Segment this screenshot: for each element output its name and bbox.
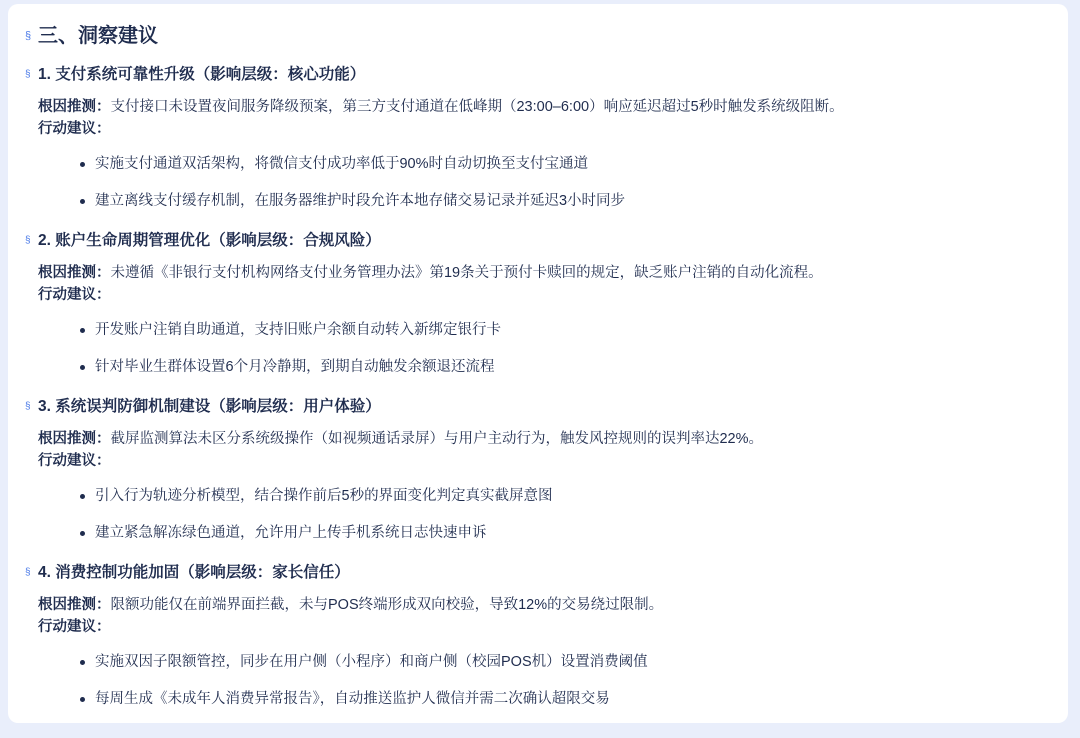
action-item: 针对毕业生群体设置6个月冷静期，到期自动触发余额退还流程	[80, 357, 1036, 378]
action-item: 实施双因子限额管控，同步在用户侧（小程序）和商户侧（校园POS机）设置消费阈值	[80, 652, 1036, 673]
root-cause-text: 截屏监测算法未区分系统级操作（如视频通话录屏）与用户主动行为，触发风控规则的误判…	[111, 431, 764, 447]
page-title-text: 三、洞察建议	[38, 25, 158, 47]
action-label: 行动建议：	[38, 121, 111, 137]
action-label: 行动建议：	[38, 287, 111, 303]
section-anchor-icon[interactable]: §	[25, 70, 31, 80]
section-anchor-icon[interactable]: §	[25, 236, 31, 246]
root-cause-text: 支付接口未设置夜间服务降级预案，第三方支付通道在低峰期（23:00–6:00）响…	[111, 99, 844, 115]
action-item: 引入行为轨迹分析模型，结合操作前后5秒的界面变化判定真实截屏意图	[80, 486, 1036, 507]
section-paragraph: 根因推测：支付接口未设置夜间服务降级预案，第三方支付通道在低峰期（23:00–6…	[38, 96, 1036, 140]
section-anchor-icon[interactable]: §	[25, 402, 31, 412]
action-list: 实施双因子限额管控，同步在用户侧（小程序）和商户侧（校园POS机）设置消费阈值 …	[38, 652, 1036, 710]
root-cause-label: 根因推测：	[38, 597, 111, 613]
section-heading: § 2. 账户生命周期管理优化（影响层级：合规风险）	[38, 230, 1036, 252]
action-list: 开发账户注销自助通道，支持旧账户余额自动转入新绑定银行卡 针对毕业生群体设置6个…	[38, 320, 1036, 378]
section-anchor-icon[interactable]: §	[25, 31, 31, 41]
insight-section-2: § 2. 账户生命周期管理优化（影响层级：合规风险） 根因推测：未遵循《非银行支…	[38, 230, 1036, 378]
section-heading: § 1. 支付系统可靠性升级（影响层级：核心功能）	[38, 64, 1036, 86]
action-item: 建立紧急解冻绿色通道，允许用户上传手机系统日志快速申诉	[80, 523, 1036, 544]
root-cause-text: 未遵循《非银行支付机构网络支付业务管理办法》第19条关于预付卡赎回的规定，缺乏账…	[111, 265, 823, 281]
action-item: 建立离线支付缓存机制，在服务器维护时段允许本地存储交易记录并延迟3小时同步	[80, 191, 1036, 212]
insight-section-4: § 4. 消费控制功能加固（影响层级：家长信任） 根因推测：限额功能仅在前端界面…	[38, 562, 1036, 710]
action-label: 行动建议：	[38, 619, 111, 635]
page-title: § 三、洞察建议	[38, 22, 1036, 50]
section-heading: § 3. 系统误判防御机制建设（影响层级：用户体验）	[38, 396, 1036, 418]
action-label: 行动建议：	[38, 453, 111, 469]
root-cause-label: 根因推测：	[38, 431, 111, 447]
document-card: § 三、洞察建议 § 1. 支付系统可靠性升级（影响层级：核心功能） 根因推测：…	[8, 4, 1068, 723]
section-paragraph: 根因推测：截屏监测算法未区分系统级操作（如视频通话录屏）与用户主动行为，触发风控…	[38, 428, 1036, 472]
section-heading-text: 4. 消费控制功能加固（影响层级：家长信任）	[38, 564, 350, 581]
root-cause-label: 根因推测：	[38, 99, 111, 115]
section-heading-text: 3. 系统误判防御机制建设（影响层级：用户体验）	[38, 398, 381, 415]
action-list: 实施支付通道双活架构，将微信支付成功率低于90%时自动切换至支付宝通道 建立离线…	[38, 154, 1036, 212]
section-paragraph: 根因推测：限额功能仅在前端界面拦截，未与POS终端形成双向校验，导致12%的交易…	[38, 594, 1036, 638]
insight-section-3: § 3. 系统误判防御机制建设（影响层级：用户体验） 根因推测：截屏监测算法未区…	[38, 396, 1036, 544]
section-heading-text: 2. 账户生命周期管理优化（影响层级：合规风险）	[38, 232, 381, 249]
insight-section-1: § 1. 支付系统可靠性升级（影响层级：核心功能） 根因推测：支付接口未设置夜间…	[38, 64, 1036, 212]
section-anchor-icon[interactable]: §	[25, 568, 31, 578]
section-heading: § 4. 消费控制功能加固（影响层级：家长信任）	[38, 562, 1036, 584]
action-item: 开发账户注销自助通道，支持旧账户余额自动转入新绑定银行卡	[80, 320, 1036, 341]
action-list: 引入行为轨迹分析模型，结合操作前后5秒的界面变化判定真实截屏意图 建立紧急解冻绿…	[38, 486, 1036, 544]
action-item: 每周生成《未成年人消费异常报告》，自动推送监护人微信并需二次确认超限交易	[80, 689, 1036, 710]
section-paragraph: 根因推测：未遵循《非银行支付机构网络支付业务管理办法》第19条关于预付卡赎回的规…	[38, 262, 1036, 306]
section-heading-text: 1. 支付系统可靠性升级（影响层级：核心功能）	[38, 66, 365, 83]
root-cause-text: 限额功能仅在前端界面拦截，未与POS终端形成双向校验，导致12%的交易绕过限制。	[111, 597, 664, 613]
root-cause-label: 根因推测：	[38, 265, 111, 281]
action-item: 实施支付通道双活架构，将微信支付成功率低于90%时自动切换至支付宝通道	[80, 154, 1036, 175]
